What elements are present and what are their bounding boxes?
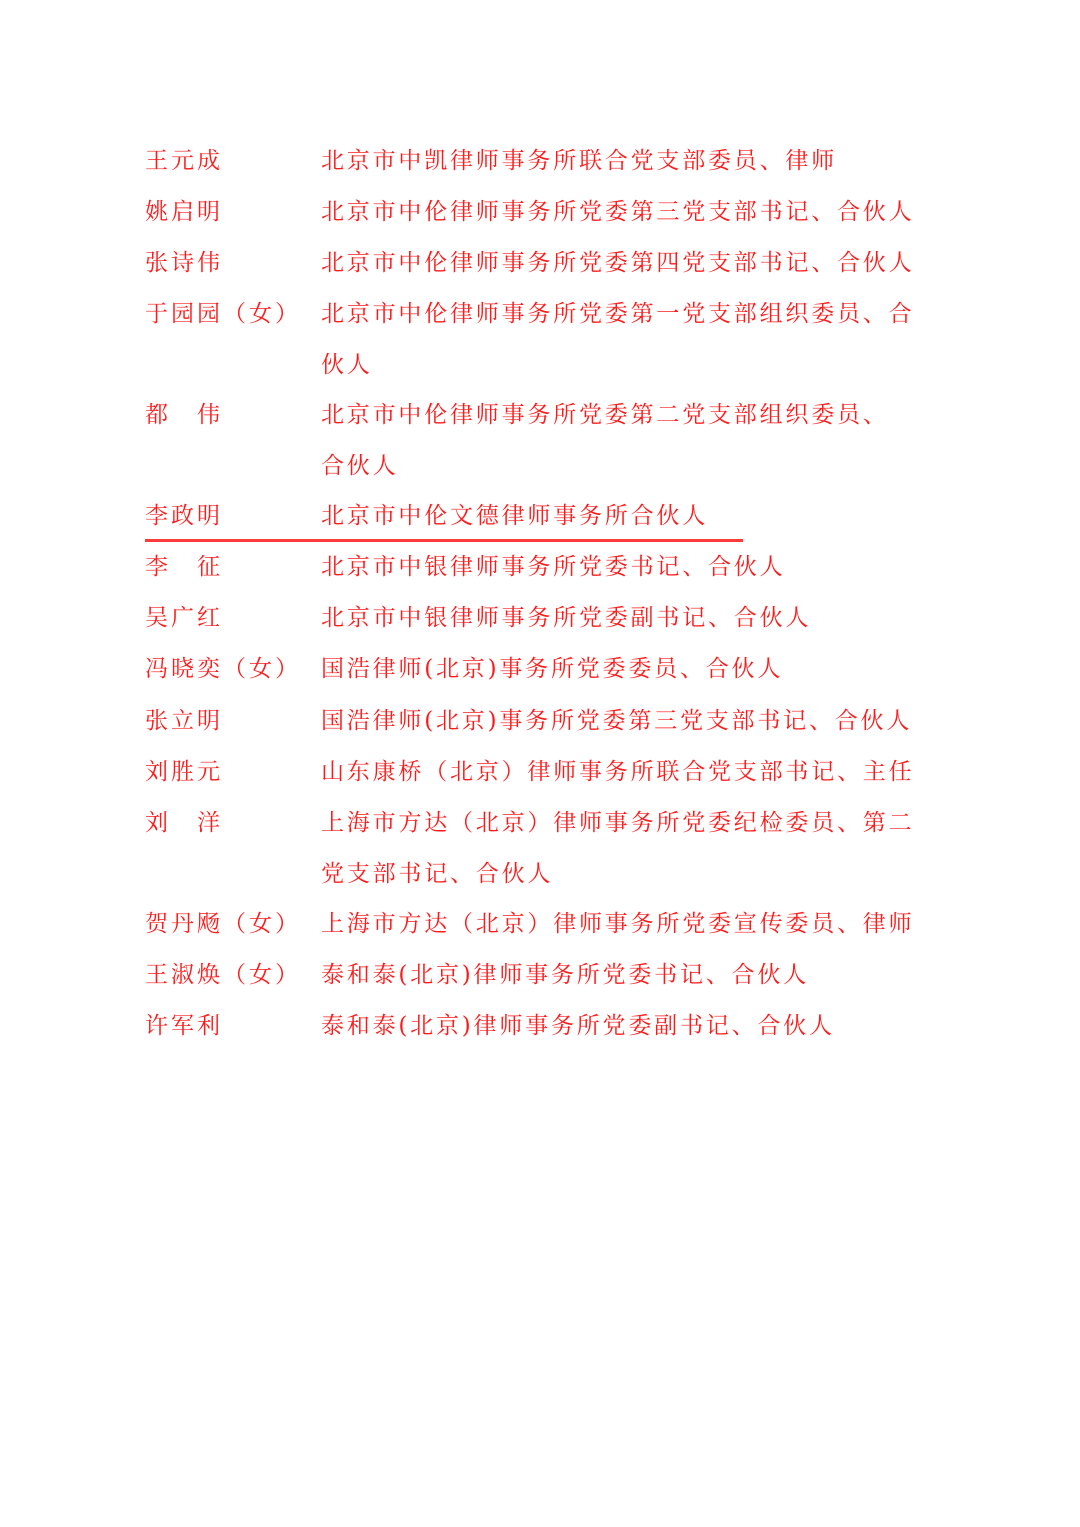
person-role: 北京市中伦律师事务所党委第四党支部书记、合伙人 [321, 238, 921, 289]
person-role: 北京市中伦律师事务所党委第三党支部书记、合伙人 [321, 187, 921, 238]
list-item: 王元成 北京市中凯律师事务所联合党支部委员、律师 [145, 136, 925, 186]
person-name: 贺丹飏（女） [145, 899, 315, 949]
person-role: 北京市中伦律师事务所党委第二党支部组织委员、 合伙人 [321, 390, 921, 491]
list-item: 吴广红 北京市中银律师事务所党委副书记、合伙人 [145, 593, 925, 643]
person-role: 国浩律师(北京)事务所党委委员、合伙人 [321, 644, 921, 695]
person-role: 北京市中伦律师事务所党委第一党支部组织委员、合 伙人 [321, 289, 921, 390]
person-role: 山东康桥（北京）律师事务所联合党支部书记、主任 [321, 747, 921, 798]
person-role: 泰和泰(北京)律师事务所党委副书记、合伙人 [321, 1001, 921, 1052]
list-item: 刘 洋 上海市方达（北京）律师事务所党委纪检委员、第二 党支部书记、合伙人 [145, 798, 925, 848]
list-item: 王淑焕（女） 泰和泰(北京)律师事务所党委书记、合伙人 [145, 950, 925, 1000]
person-role: 北京市中伦文德律师事务所合伙人 [321, 491, 921, 542]
person-name: 许军利 [145, 1001, 315, 1051]
person-role: 国浩律师(北京)事务所党委第三党支部书记、合伙人 [321, 696, 921, 747]
person-name: 王元成 [145, 136, 315, 186]
person-name: 都 伟 [145, 390, 315, 440]
person-role: 泰和泰(北京)律师事务所党委书记、合伙人 [321, 950, 921, 1001]
person-name: 冯晓奕（女） [145, 644, 315, 694]
person-name: 李 征 [145, 542, 315, 592]
list-item: 许军利 泰和泰(北京)律师事务所党委副书记、合伙人 [145, 1001, 925, 1051]
person-name: 张诗伟 [145, 238, 315, 288]
list-item: 于园园（女） 北京市中伦律师事务所党委第一党支部组织委员、合 伙人 [145, 289, 925, 339]
person-name: 王淑焕（女） [145, 950, 315, 1000]
list-item: 都 伟 北京市中伦律师事务所党委第二党支部组织委员、 合伙人 [145, 390, 925, 440]
person-role: 北京市中银律师事务所党委副书记、合伙人 [321, 593, 921, 644]
person-role: 上海市方达（北京）律师事务所党委纪检委员、第二 党支部书记、合伙人 [321, 798, 921, 899]
person-role: 上海市方达（北京）律师事务所党委宣传委员、律师 [321, 899, 921, 950]
person-role: 北京市中银律师事务所党委书记、合伙人 [321, 542, 921, 593]
person-name: 吴广红 [145, 593, 315, 643]
person-name: 姚启明 [145, 187, 315, 237]
list-item: 张立明 国浩律师(北京)事务所党委第三党支部书记、合伙人 [145, 696, 925, 746]
person-name: 刘 洋 [145, 798, 315, 848]
list-item: 姚启明 北京市中伦律师事务所党委第三党支部书记、合伙人 [145, 187, 925, 237]
list-item: 李政明 北京市中伦文德律师事务所合伙人 [145, 491, 925, 541]
document-page: 王元成 北京市中凯律师事务所联合党支部委员、律师 姚启明 北京市中伦律师事务所党… [0, 0, 1080, 1527]
person-name: 于园园（女） [145, 289, 315, 339]
list-item: 刘胜元 山东康桥（北京）律师事务所联合党支部书记、主任 [145, 747, 925, 797]
list-item: 冯晓奕（女） 国浩律师(北京)事务所党委委员、合伙人 [145, 644, 925, 694]
list-item: 张诗伟 北京市中伦律师事务所党委第四党支部书记、合伙人 [145, 238, 925, 288]
person-name: 张立明 [145, 696, 315, 746]
person-name: 李政明 [145, 491, 315, 541]
list-item: 贺丹飏（女） 上海市方达（北京）律师事务所党委宣传委员、律师 [145, 899, 925, 949]
person-role: 北京市中凯律师事务所联合党支部委员、律师 [321, 136, 921, 187]
list-item: 李 征 北京市中银律师事务所党委书记、合伙人 [145, 542, 925, 592]
person-name: 刘胜元 [145, 747, 315, 797]
